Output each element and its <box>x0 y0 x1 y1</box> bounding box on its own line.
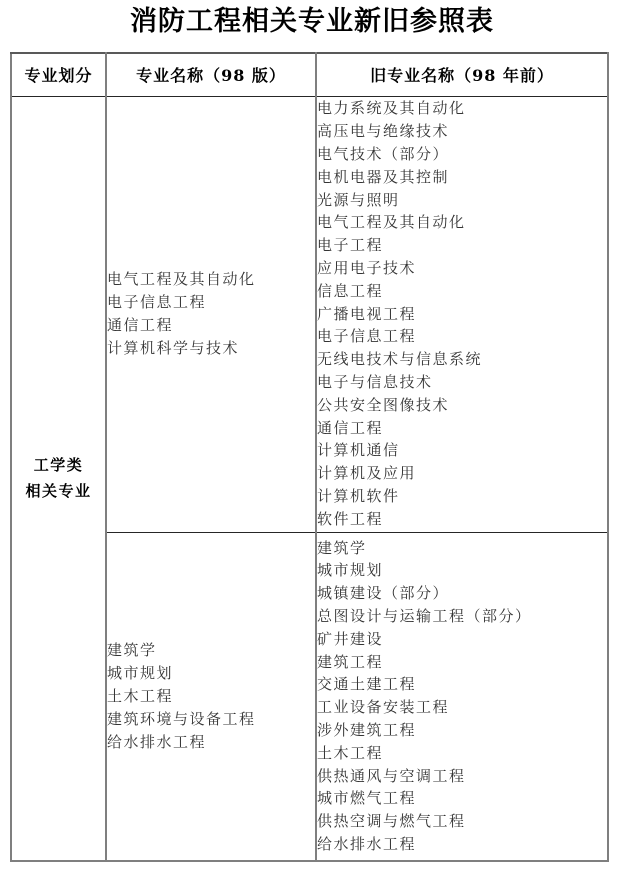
major-item: 计算机通信 <box>317 439 607 462</box>
major-item: 矿井建设 <box>317 628 607 651</box>
major-item: 电力系统及其自动化 <box>317 97 607 120</box>
major-item: 城市燃气工程 <box>317 787 607 810</box>
header-old-major-name: 旧专业名称（98 年前） <box>316 53 608 96</box>
major-item: 电气技术（部分） <box>317 143 607 166</box>
old-majors-cell-electrical: 电力系统及其自动化高压电与绝缘技术电气技术（部分）电机电器及其控制光源与照明电气… <box>316 96 608 532</box>
major-item: 土木工程 <box>317 742 607 765</box>
major-item: 公共安全图像技术 <box>317 394 607 417</box>
major-item: 土木工程 <box>107 685 315 708</box>
major-item: 通信工程 <box>317 417 607 440</box>
table-header: 专业划分 专业名称（98 版） 旧专业名称（98 年前） <box>11 53 608 96</box>
major-item: 电子与信息技术 <box>317 371 607 394</box>
major-item: 计算机科学与技术 <box>107 337 315 360</box>
major-item: 高压电与绝缘技术 <box>317 120 607 143</box>
header-new-major-name: 专业名称（98 版） <box>106 53 316 96</box>
new-majors-cell-electrical: 电气工程及其自动化电子信息工程通信工程计算机科学与技术 <box>106 96 316 532</box>
major-item: 计算机及应用 <box>317 462 607 485</box>
major-item: 工业设备安装工程 <box>317 696 607 719</box>
major-item: 计算机软件 <box>317 485 607 508</box>
major-item: 相关专业 <box>12 478 105 504</box>
major-item: 电子工程 <box>317 234 607 257</box>
major-item: 电机电器及其控制 <box>317 166 607 189</box>
major-item: 电子信息工程 <box>107 291 315 314</box>
table-row-electrical: 工学类相关专业 电气工程及其自动化电子信息工程通信工程计算机科学与技术 电力系统… <box>11 96 608 532</box>
document-page: 消防工程相关专业新旧参照表 专业划分 专业名称（98 版） 旧专业名称（98 年… <box>0 0 624 871</box>
major-item: 涉外建筑工程 <box>317 719 607 742</box>
major-item: 建筑环境与设备工程 <box>107 708 315 731</box>
new-majors-cell-construction: 建筑学城市规划土木工程建筑环境与设备工程给水排水工程 <box>106 532 316 861</box>
major-item: 电气工程及其自动化 <box>317 211 607 234</box>
major-item: 交通土建工程 <box>317 673 607 696</box>
major-item: 电气工程及其自动化 <box>107 268 315 291</box>
major-item: 城市规划 <box>317 559 607 582</box>
major-item: 给水排水工程 <box>317 833 607 856</box>
major-item: 工学类 <box>12 452 105 478</box>
old-majors-cell-construction: 建筑学城市规划城镇建设（部分）总图设计与运输工程（部分）矿井建设建筑工程交通土建… <box>316 532 608 861</box>
major-item: 供热空调与燃气工程 <box>317 810 607 833</box>
major-item: 建筑学 <box>317 537 607 560</box>
header-category: 专业划分 <box>11 53 106 96</box>
major-item: 广播电视工程 <box>317 303 607 326</box>
category-cell-engineering: 工学类相关专业 <box>11 96 106 861</box>
majors-reference-table: 专业划分 专业名称（98 版） 旧专业名称（98 年前） 工学类相关专业 电气工… <box>10 52 609 862</box>
major-item: 通信工程 <box>107 314 315 337</box>
major-item: 建筑工程 <box>317 651 607 674</box>
header-row: 专业划分 专业名称（98 版） 旧专业名称（98 年前） <box>11 53 608 96</box>
major-item: 建筑学 <box>107 639 315 662</box>
major-item: 供热通风与空调工程 <box>317 765 607 788</box>
major-item: 无线电技术与信息系统 <box>317 348 607 371</box>
major-item: 城镇建设（部分） <box>317 582 607 605</box>
major-item: 软件工程 <box>317 508 607 531</box>
major-item: 总图设计与运输工程（部分） <box>317 605 607 628</box>
major-item: 电子信息工程 <box>317 325 607 348</box>
major-item: 城市规划 <box>107 662 315 685</box>
major-item: 应用电子技术 <box>317 257 607 280</box>
major-item: 信息工程 <box>317 280 607 303</box>
page-title: 消防工程相关专业新旧参照表 <box>0 3 624 41</box>
major-item: 给水排水工程 <box>107 731 315 754</box>
major-item: 光源与照明 <box>317 189 607 212</box>
